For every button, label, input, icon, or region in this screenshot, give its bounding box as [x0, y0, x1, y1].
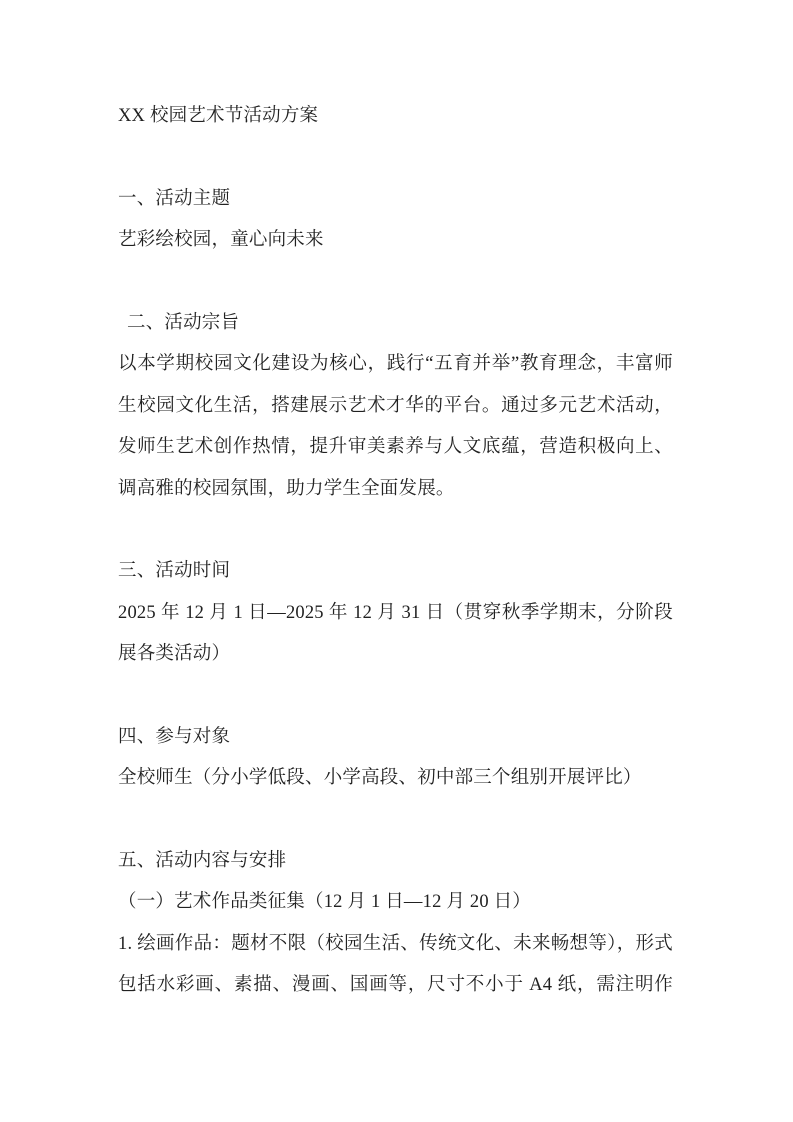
- section-3-line: 2025 年 12 月 1 日—2025 年 12 月 31 日（贯穿秋季学期末…: [118, 593, 673, 634]
- section-5-line: 包括水彩画、素描、漫画、国画等，尺寸不小于 A4 纸，需注明作者: [118, 965, 673, 1006]
- blank-line: [118, 675, 673, 716]
- document-title: XX 校园艺术节活动方案: [118, 96, 673, 137]
- section-2-line: 生校园文化生活，搭建展示艺术才华的平台。通过多元艺术活动，激: [118, 386, 673, 427]
- section-heading-2: 二、活动宗旨: [118, 303, 673, 344]
- blank-line: [118, 137, 673, 178]
- section-heading-1: 一、活动主题: [118, 179, 673, 220]
- section-heading-4: 四、参与对象: [118, 717, 673, 758]
- section-heading-3: 三、活动时间: [118, 551, 673, 592]
- blank-line: [118, 800, 673, 841]
- section-5-line: 1. 绘画作品：题材不限（校园生活、传统文化、未来畅想等），形式: [118, 924, 673, 965]
- blank-line: [118, 510, 673, 551]
- section-2-line: 调高雅的校园氛围，助力学生全面发展。: [118, 469, 673, 510]
- section-5-subheading: （一）艺术作品类征集（12 月 1 日—12 月 20 日）: [118, 882, 673, 923]
- section-3-line: 展各类活动）: [118, 634, 673, 675]
- section-1-line: 艺彩绘校园，童心向未来: [118, 220, 673, 261]
- section-2-line: 以本学期校园文化建设为核心，践行“五育并举”教育理念，丰富师: [118, 344, 673, 385]
- section-2-line: 发师生艺术创作热情，提升审美素养与人文底蕴，营造积极向上、格: [118, 427, 673, 468]
- blank-line: [118, 262, 673, 303]
- section-4-line: 全校师生（分小学低段、小学高段、初中部三个组别开展评比）: [118, 758, 673, 799]
- document-page: XX 校园艺术节活动方案 一、活动主题 艺彩绘校园，童心向未来 二、活动宗旨 以…: [0, 0, 793, 1122]
- section-heading-5: 五、活动内容与安排: [118, 841, 673, 882]
